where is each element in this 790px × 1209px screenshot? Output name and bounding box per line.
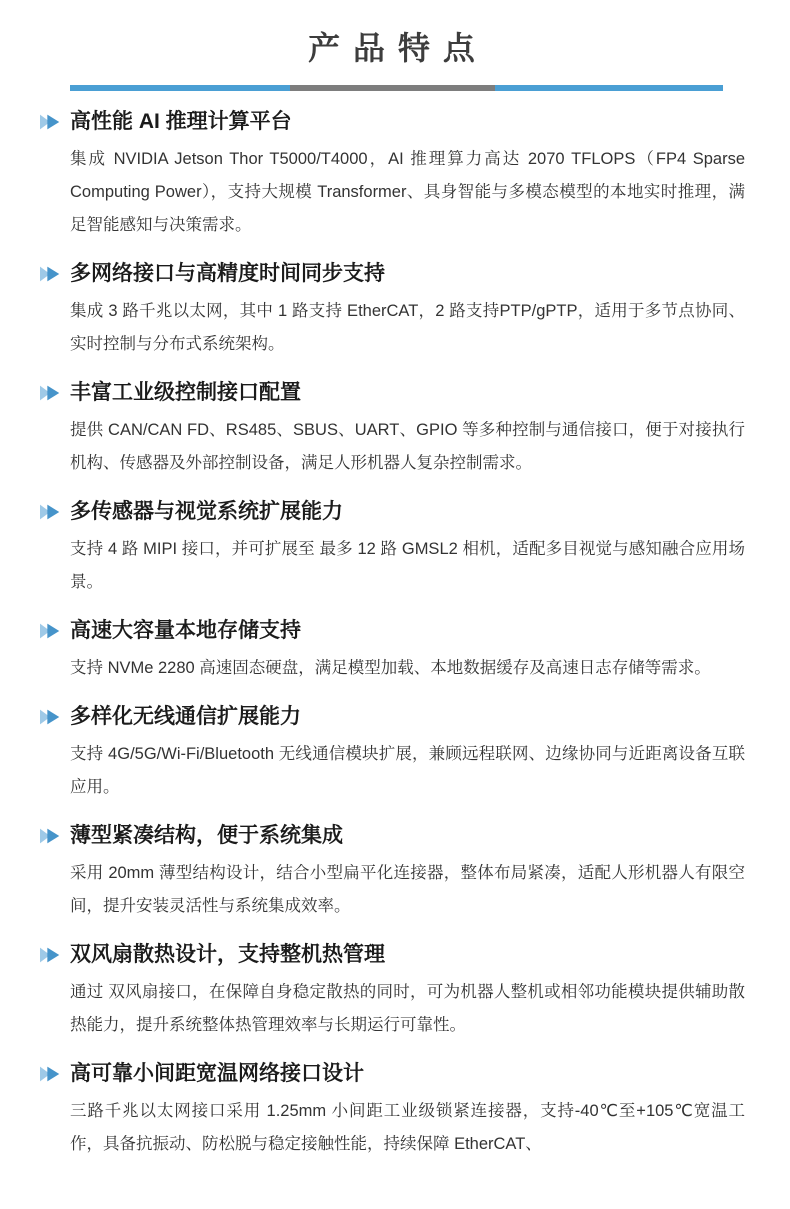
feature-section-ai-platform: 高性能 AI 推理计算平台 集成 NVIDIA Jetson Thor T500…: [40, 108, 745, 242]
title-divider: [70, 85, 723, 91]
feature-heading-row: 双风扇散热设计，支持整机热管理: [40, 941, 745, 969]
double-arrow-icon: [40, 114, 62, 130]
feature-title: 高可靠小间距宽温网络接口设计: [70, 1060, 364, 1088]
feature-section-thin-structure: 薄型紧凑结构，便于系统集成 采用 20mm 薄型结构设计，结合小型扁平化连接器，…: [40, 822, 745, 923]
feature-heading-row: 丰富工业级控制接口配置: [40, 379, 745, 407]
feature-title: 高速大容量本地存储支持: [70, 617, 301, 645]
double-arrow-icon: [40, 1066, 62, 1082]
feature-title: 多网络接口与高精度时间同步支持: [70, 260, 385, 288]
feature-section-network-sync: 多网络接口与高精度时间同步支持 集成 3 路千兆以太网，其中 1 路支持 Eth…: [40, 260, 745, 361]
double-arrow-icon: [40, 623, 62, 639]
feature-body: 集成 NVIDIA Jetson Thor T5000/T4000，AI 推理算…: [40, 143, 745, 242]
feature-body: 三路千兆以太网接口采用 1.25mm 小间距工业级锁紧连接器，支持-40℃至+1…: [40, 1095, 745, 1161]
feature-section-dual-fan: 双风扇散热设计，支持整机热管理 通过 双风扇接口，在保障自身稳定散热的同时，可为…: [40, 941, 745, 1042]
feature-title: 薄型紧凑结构，便于系统集成: [70, 822, 343, 850]
divider-gray-middle: [290, 85, 495, 91]
page-title: 产 品 特 点: [40, 26, 745, 70]
feature-title: 高性能 AI 推理计算平台: [70, 108, 292, 136]
feature-section-storage: 高速大容量本地存储支持 支持 NVMe 2280 高速固态硬盘，满足模型加载、本…: [40, 617, 745, 685]
feature-title: 多传感器与视觉系统扩展能力: [70, 498, 343, 526]
double-arrow-icon: [40, 828, 62, 844]
double-arrow-icon: [40, 709, 62, 725]
feature-body: 采用 20mm 薄型结构设计，结合小型扁平化连接器，整体布局紧凑，适配人形机器人…: [40, 857, 745, 923]
double-arrow-icon: [40, 947, 62, 963]
feature-title: 多样化无线通信扩展能力: [70, 703, 301, 731]
feature-heading-row: 多网络接口与高精度时间同步支持: [40, 260, 745, 288]
double-arrow-icon: [40, 504, 62, 520]
feature-body: 集成 3 路千兆以太网，其中 1 路支持 EtherCAT，2 路支持PTP/g…: [40, 295, 745, 361]
feature-heading-row: 高性能 AI 推理计算平台: [40, 108, 745, 136]
feature-section-industrial-io: 丰富工业级控制接口配置 提供 CAN/CAN FD、RS485、SBUS、UAR…: [40, 379, 745, 480]
feature-heading-row: 高速大容量本地存储支持: [40, 617, 745, 645]
feature-section-sensor-vision: 多传感器与视觉系统扩展能力 支持 4 路 MIPI 接口，并可扩展至 最多 12…: [40, 498, 745, 599]
feature-body: 提供 CAN/CAN FD、RS485、SBUS、UART、GPIO 等多种控制…: [40, 414, 745, 480]
feature-title: 丰富工业级控制接口配置: [70, 379, 301, 407]
feature-section-wide-temp-network: 高可靠小间距宽温网络接口设计 三路千兆以太网接口采用 1.25mm 小间距工业级…: [40, 1060, 745, 1161]
feature-body: 支持 4 路 MIPI 接口，并可扩展至 最多 12 路 GMSL2 相机，适配…: [40, 533, 745, 599]
product-features-page: 产 品 特 点 高性能 AI 推理计算平台 集成 NVIDIA Jetson T…: [0, 0, 790, 1209]
double-arrow-icon: [40, 266, 62, 282]
feature-section-wireless: 多样化无线通信扩展能力 支持 4G/5G/Wi-Fi/Bluetooth 无线通…: [40, 703, 745, 804]
feature-body: 支持 4G/5G/Wi-Fi/Bluetooth 无线通信模块扩展，兼顾远程联网…: [40, 738, 745, 804]
divider-blue-right: [495, 85, 723, 91]
feature-heading-row: 多传感器与视觉系统扩展能力: [40, 498, 745, 526]
double-arrow-icon: [40, 385, 62, 401]
feature-title: 双风扇散热设计，支持整机热管理: [70, 941, 385, 969]
feature-body: 支持 NVMe 2280 高速固态硬盘，满足模型加载、本地数据缓存及高速日志存储…: [40, 652, 745, 685]
feature-heading-row: 薄型紧凑结构，便于系统集成: [40, 822, 745, 850]
feature-heading-row: 高可靠小间距宽温网络接口设计: [40, 1060, 745, 1088]
feature-heading-row: 多样化无线通信扩展能力: [40, 703, 745, 731]
divider-blue-left: [70, 85, 290, 91]
feature-body: 通过 双风扇接口，在保障自身稳定散热的同时，可为机器人整机或相邻功能模块提供辅助…: [40, 976, 745, 1042]
